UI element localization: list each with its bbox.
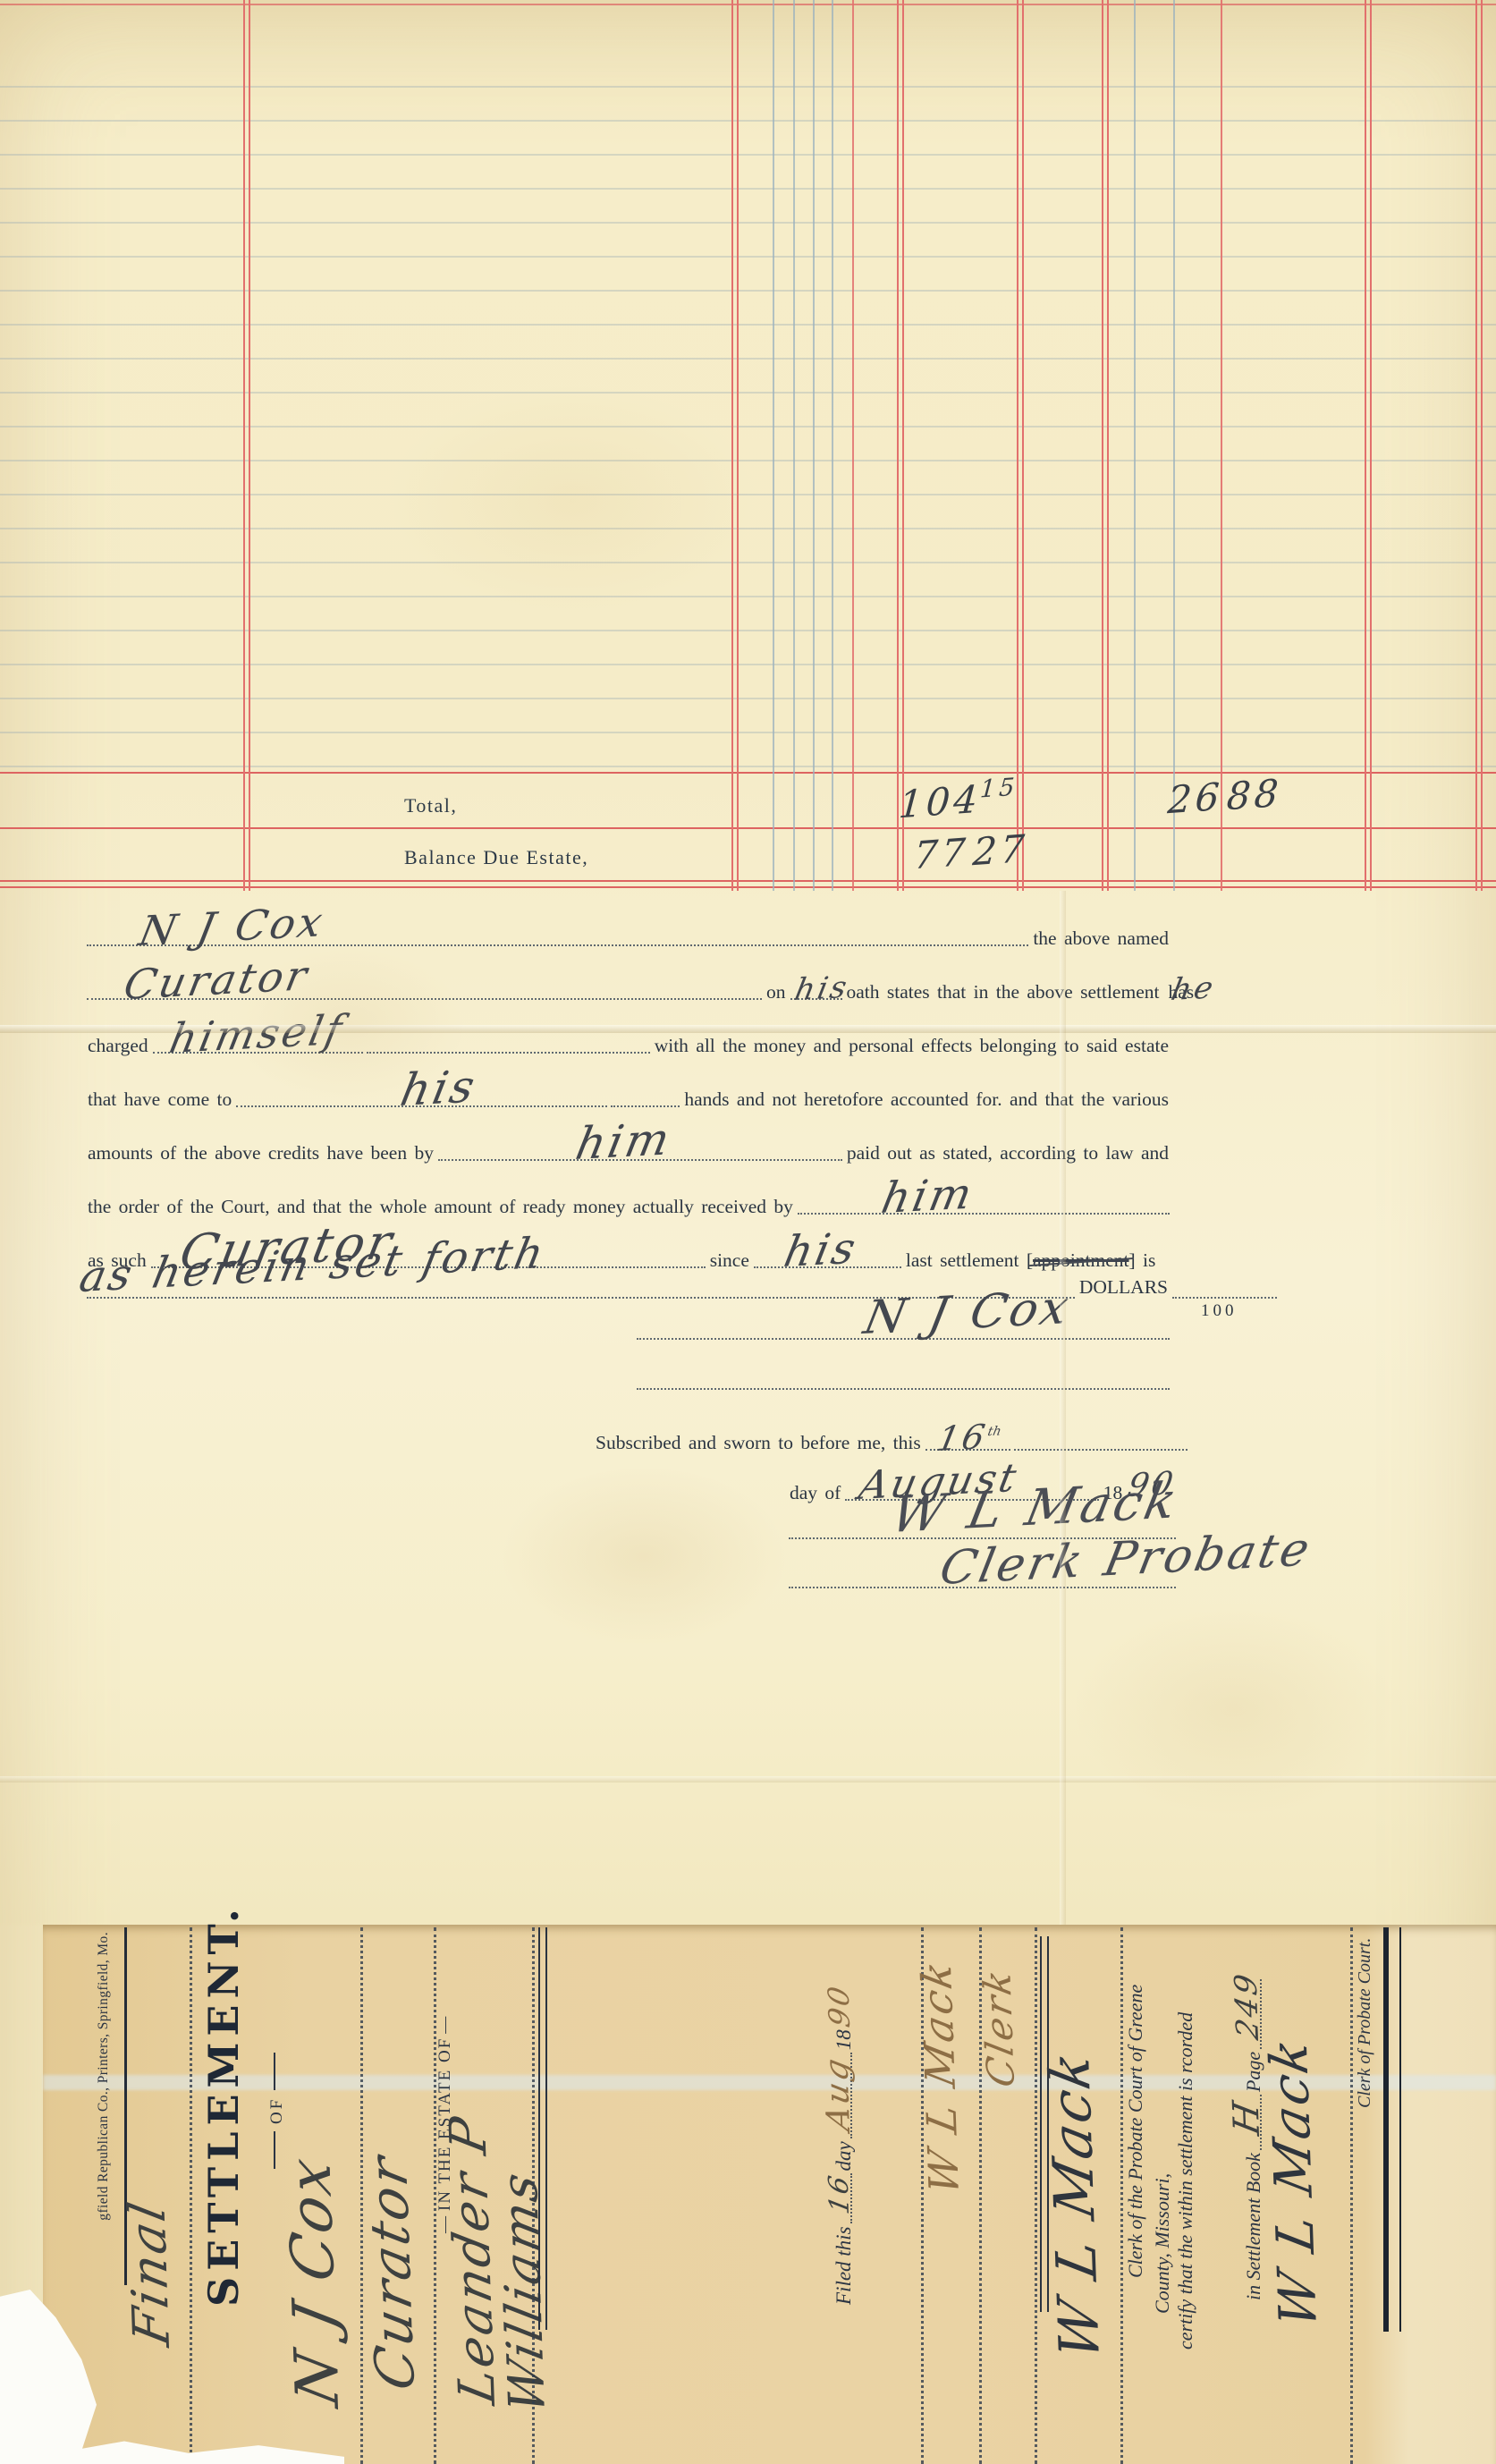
ledger-vrule	[1017, 0, 1018, 891]
printed-text: on	[764, 981, 789, 1005]
total-amount-col2-cents: 88	[1225, 771, 1283, 819]
docket-dotted-rule	[190, 1927, 192, 2464]
printed-text: paid out as stated, according to law and	[844, 1142, 1171, 1166]
ledger-vrule	[902, 0, 904, 891]
handwritten-his: his	[792, 972, 852, 1005]
handwritten-filed-year: 90	[824, 1982, 854, 2029]
printed-text: the order of the Court, and that the who…	[85, 1196, 796, 1220]
ledger-vrule	[1481, 0, 1483, 891]
handwritten-his: his	[397, 1064, 481, 1113]
handwritten-filed-day: 16	[825, 2172, 854, 2216]
handwritten-role: Curator	[121, 954, 313, 1005]
printer-credit: gfield Republican Co., Printers, Springf…	[96, 1932, 112, 2285]
paper-stain	[501, 1467, 787, 1646]
printed-day: day	[833, 2141, 856, 2171]
dotted-leader	[1014, 1449, 1188, 1451]
ledger-vrule-thin	[1173, 0, 1175, 891]
ledger-bottom-rule-1	[0, 880, 1496, 882]
ledger-vrule	[1102, 0, 1103, 891]
ledger-vrule	[1365, 0, 1366, 891]
ledger-vrule-thin	[1134, 0, 1136, 891]
printed-text: that have come to	[85, 1088, 234, 1113]
affidavit-line-5: amounts of the above credits have been b…	[85, 1125, 1171, 1166]
balance-amount-cents: 27	[971, 826, 1029, 875]
ledger-vrule-thin	[793, 0, 795, 891]
printed-text: the above named	[1030, 927, 1171, 952]
ledger-bottom-rule-2	[0, 886, 1496, 888]
ledger-vrule	[243, 0, 245, 891]
fold-crease	[0, 1776, 1496, 1782]
affidavit-line-1: N J Cox the above named	[85, 910, 1171, 952]
handwritten-final: Final	[123, 2197, 178, 2350]
ledger-vrule	[731, 0, 733, 891]
ledger-vrule	[249, 0, 250, 891]
handwritten-he: he	[1169, 973, 1218, 1005]
affidavit-blank-line	[635, 1354, 1171, 1395]
ledger-section: Total, Balance Due Estate, 104 15 26 88 …	[0, 0, 1496, 891]
affidavit-signature-line: N J Cox	[635, 1304, 1171, 1345]
printed-18: 18	[833, 2029, 856, 2050]
ledger-vrule	[1107, 0, 1109, 891]
ledger-vrule-thin	[832, 0, 833, 891]
cents-fraction: 100	[1172, 1297, 1277, 1299]
ledger-vrule	[1022, 0, 1024, 891]
docket-dotted-rule	[532, 1927, 535, 2464]
handwritten-him: him	[878, 1173, 977, 1220]
signature-w-l-mack-2: W L Mack	[1263, 2033, 1324, 2332]
printed-text: oath states that in the above settlement	[844, 981, 1162, 1005]
handwritten-day: 16th	[934, 1418, 1003, 1456]
ledger-vrule	[1475, 0, 1477, 891]
affidavit-line-4: that have come to his hands and not here…	[85, 1071, 1171, 1113]
printed-text: hands and not heretofore accounted for. …	[681, 1088, 1171, 1113]
affidavit-line-3: charged himself with all the money and p…	[85, 1018, 1171, 1059]
handwritten-page-value: 249	[1230, 1969, 1264, 2042]
ledger-rule-between-rows	[0, 827, 1496, 829]
handwritten-docket-role: Curator	[361, 2150, 423, 2394]
handwritten-him: him	[572, 1117, 676, 1166]
ledger-vrule	[1370, 0, 1372, 891]
dotted-leader	[611, 1105, 680, 1107]
total-amount-col1-dollars: 104	[897, 777, 982, 827]
docket-double-rule	[538, 1927, 547, 2330]
ledger-vrule	[852, 0, 854, 891]
printed-text: charged	[85, 1035, 151, 1059]
docket-dotted-rule	[1035, 1927, 1037, 2464]
scanned-settlement-document: Total, Balance Due Estate, 104 15 26 88 …	[0, 0, 1496, 2464]
affidavit-jurat-line: Subscribed and sworn to before me, this …	[593, 1415, 1189, 1456]
affidavit-line-8: as herein set forth DOLLARS 100	[85, 1263, 1279, 1304]
printed-text: Subscribed and sworn to before me, this	[593, 1432, 924, 1456]
cert-line-3: certify that the within settlement is rc…	[1174, 2012, 1197, 2350]
cert-line-1: Clerk of the Probate Court of Greene	[1124, 1985, 1147, 2278]
ledger-ruled-lines	[0, 86, 1496, 771]
handwritten-clerk-label: Clerk	[978, 1965, 1020, 2090]
balance-amount-dollars: 77	[912, 830, 970, 878]
fraction-100: 100	[1201, 1301, 1238, 1321]
ledger-vrule	[1221, 0, 1222, 891]
clerk-of-probate-court-label: Clerk of Probate Court.	[1355, 1938, 1375, 2108]
dotted-leader	[367, 1052, 650, 1054]
affidavit-line-6: the order of the Court, and that the who…	[85, 1179, 1171, 1220]
printed-text: with all the money and personal effects …	[652, 1035, 1171, 1059]
docket-dotted-rule	[1120, 1927, 1123, 2464]
affidavit-line-2: Curator on his oath states that in the a…	[85, 964, 1171, 1005]
handwritten-estate-name: Leander P Williams	[436, 1904, 554, 2417]
filed-line: Filed this 16 day Aug 18 90	[825, 1988, 856, 2305]
dotted-leader	[637, 1388, 1170, 1390]
docket-dotted-rule	[1350, 1927, 1353, 2464]
balance-due-estate-label: Balance Due Estate,	[404, 846, 588, 869]
handwritten-name: N J Cox	[136, 901, 328, 952]
handwritten-filed-month: Aug	[821, 2053, 856, 2133]
paper-stain	[1073, 1601, 1395, 1816]
printed-filed-this: Filed this	[833, 2226, 856, 2305]
total-amount-col2-dollars: 26	[1166, 775, 1224, 823]
total-row-label: Total,	[404, 794, 457, 817]
handwritten-himself: himself	[166, 1009, 348, 1059]
ledger-vrule	[737, 0, 739, 891]
docket-rotated-panel: gfield Republican Co., Printers, Springf…	[85, 1927, 1408, 2464]
ledger-top-rule	[0, 4, 1496, 5]
handwritten-clerk-signature: W L Mack	[916, 1956, 965, 2197]
dollars-label: DOLLARS	[1077, 1276, 1171, 1304]
docket-title: SETTLEMENT.	[199, 1902, 248, 2307]
printed-text: amounts of the above credits have been b…	[85, 1142, 436, 1166]
ledger-vrule	[897, 0, 899, 891]
clerk-title-line: Clerk Probate	[787, 1545, 1178, 1594]
cert-line-2: County, Missouri,	[1151, 2173, 1174, 2314]
ledger-vrule-thin	[813, 0, 815, 891]
total-amount-col1-cents: 15	[979, 773, 1018, 803]
attest-signature-w-l-mack: W L Mack	[1042, 2045, 1108, 2364]
handwritten-docket-name: N J Cox	[280, 2151, 348, 2410]
signature-n-j-cox: N J Cox	[860, 1284, 1075, 1342]
docket-thick-rule	[1383, 1927, 1401, 2332]
of-rule	[274, 2053, 275, 2090]
printed-in-settlement-book: in Settlement Book	[1242, 2153, 1265, 2300]
ledger-vrule-thin	[773, 0, 774, 891]
